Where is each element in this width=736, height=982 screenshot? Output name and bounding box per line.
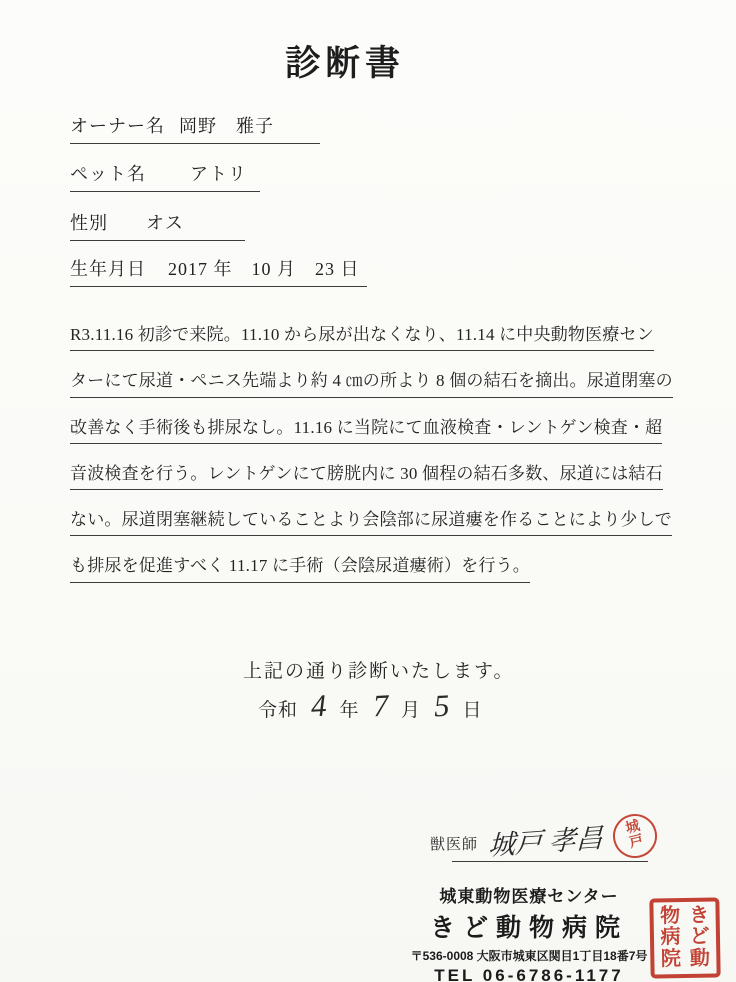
diagnosis-line: も排尿を促進すべく 11.17 に手術（会陰尿道瘻術）を行う。 <box>70 555 676 582</box>
diagnosis-text: R3.11.16 初診で来院。11.10 から尿が出なくなり、11.14 に中央… <box>70 324 676 602</box>
hospital-square-seal: きど動 物病院 <box>649 897 720 978</box>
diagnosis-line-text: ない。尿道閉塞継続していることより会陰部に尿道瘻を作ることにより少しで <box>70 509 672 536</box>
pet-name-label: ペット名 <box>70 160 146 186</box>
birthdate-value: 2017 年 10 月 23 日 <box>168 255 360 281</box>
diagnosis-line-text: 改善なく手術後も排尿なし。11.16 に当院にて血液検査・レントゲン検査・超 <box>70 417 662 444</box>
day-unit-label: 日 <box>463 695 483 722</box>
clinic-info-block: 城東動物医療センター きど動物病院 〒536-0008 大阪市城東区関目1丁目1… <box>398 882 660 982</box>
day-handwritten: 5 <box>433 690 450 722</box>
kido-round-seal: 城戸 <box>608 809 661 862</box>
owner-name-label: オーナー名 <box>70 112 165 138</box>
month-unit-label: 月 <box>401 695 421 722</box>
diagnosis-line-text: ターにて尿道・ペニス先端より約 4 ㎝の所より 8 個の結石を摘出。尿道閉塞の <box>70 370 673 397</box>
round-seal-text: 城戸 <box>624 820 645 852</box>
veterinarian-signature-row: 獣医師 城戸 孝昌 城戸 <box>430 816 662 860</box>
veterinarian-signature: 城戸 孝昌 <box>488 825 604 864</box>
diagnosis-line-text: R3.11.16 初診で来院。11.10 から尿が出なくなり、11.14 に中央… <box>70 324 654 351</box>
pet-name-field: ペット名 アトリ <box>70 160 260 192</box>
sex-field: 性別 オス <box>70 209 245 241</box>
clinic-phone: TEL 06-6786-1177 <box>398 966 660 982</box>
hospital-name: きど動物病院 <box>398 908 660 944</box>
year-unit-label: 年 <box>340 695 360 722</box>
diagnosis-line-text: も排尿を促進すべく 11.17 に手術（会陰尿道瘻術）を行う。 <box>70 555 530 582</box>
diagnosis-line: R3.11.16 初診で来院。11.10 から尿が出なくなり、11.14 に中央… <box>70 324 676 351</box>
owner-name-value: 岡野 雅子 <box>179 112 274 138</box>
month-handwritten: 7 <box>372 690 389 722</box>
square-seal-column-right: きど動 <box>689 905 710 970</box>
birthdate-label: 生年月日 <box>70 255 146 281</box>
pet-name-value: アトリ <box>190 160 247 186</box>
page-title: 診断書 <box>0 36 690 86</box>
era-label: 令和 <box>258 695 298 722</box>
issue-date: 令和 4 年 7 月 5 日 <box>258 690 483 722</box>
diagnosis-line-text: 音波検査を行う。レントゲンにて膀胱内に 30 個程の結石多数、尿道には結石 <box>70 463 663 490</box>
diagnosis-line: ターにて尿道・ペニス先端より約 4 ㎝の所より 8 個の結石を摘出。尿道閉塞の <box>70 370 676 397</box>
medical-certificate-page: 診断書 オーナー名 岡野 雅子 ペット名 アトリ 性別 オス 生年月日 2017… <box>0 0 736 982</box>
signature-underline <box>452 861 648 862</box>
diagnosis-line: ない。尿道閉塞継続していることより会陰部に尿道瘻を作ることにより少しで <box>70 509 676 536</box>
clinic-address: 〒536-0008 大阪市城東区関目1丁目18番7号 <box>398 947 660 964</box>
closing-statement: 上記の通り診断いたします。 <box>243 656 514 683</box>
diagnosis-line: 音波検査を行う。レントゲンにて膀胱内に 30 個程の結石多数、尿道には結石 <box>70 463 676 490</box>
medical-center-name: 城東動物医療センター <box>398 882 660 907</box>
sex-value: オス <box>146 209 184 235</box>
square-seal-column-left: 物病院 <box>660 906 681 971</box>
sex-label: 性別 <box>70 209 108 235</box>
veterinarian-label: 獣医師 <box>430 833 478 860</box>
owner-name-field: オーナー名 岡野 雅子 <box>70 112 320 144</box>
year-handwritten: 4 <box>310 690 327 722</box>
birthdate-field: 生年月日 2017 年 10 月 23 日 <box>70 255 367 287</box>
diagnosis-line: 改善なく手術後も排尿なし。11.16 に当院にて血液検査・レントゲン検査・超 <box>70 417 676 444</box>
